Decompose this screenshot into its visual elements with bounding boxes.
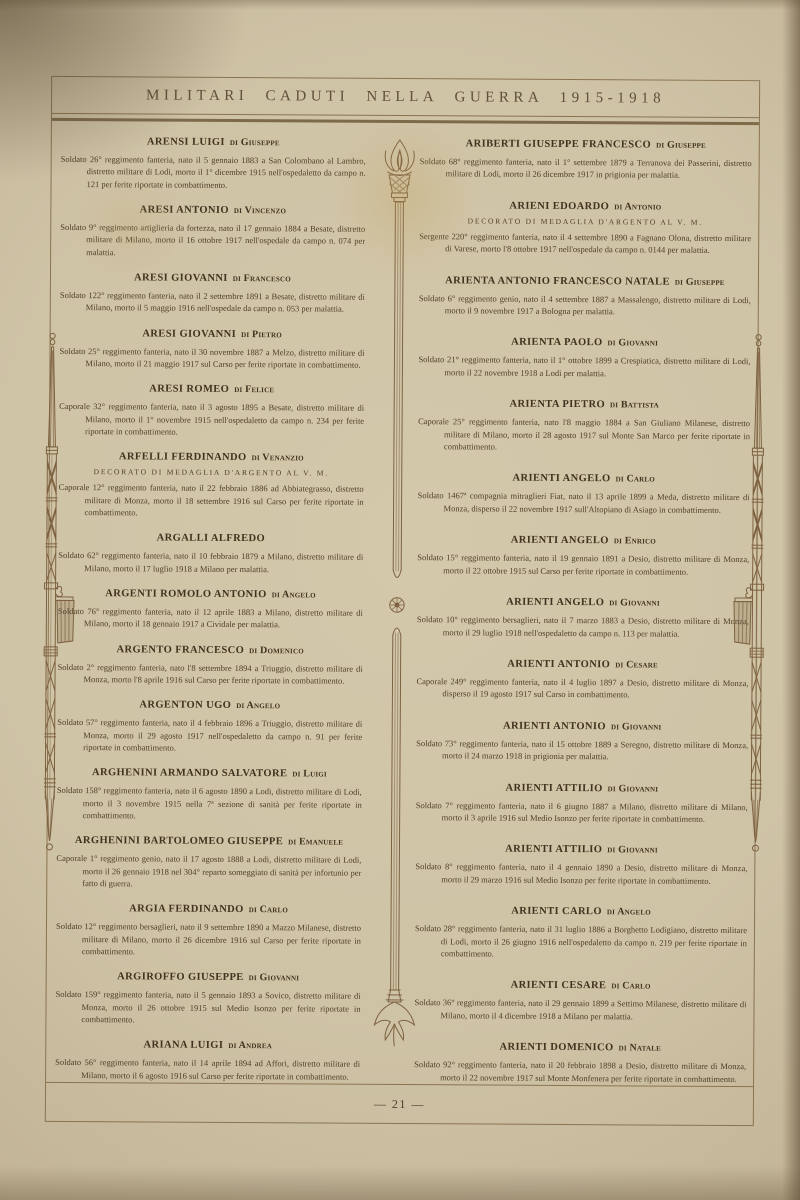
page-number: — 21 —: [374, 1096, 425, 1111]
soldier-name: ARIENTI CARLO: [511, 906, 602, 918]
soldier-patronymic: di Natale: [619, 1043, 661, 1054]
soldier-name: ARGENTO FRANCESCO: [116, 644, 244, 656]
soldier-name: ARIANA LUIGI: [144, 1040, 224, 1051]
soldier-heading: ARIENI EDOARDOdi Antonio: [419, 199, 751, 214]
soldier-heading: ARENSI LUIGIdi Giuseppe: [61, 135, 366, 150]
page-title: MILITARI CADUTI NELLA GUERRA 1915-1918: [146, 87, 665, 107]
soldier-entry: ARIENTI ATTILIOdi GiovanniSoldato 7° reg…: [416, 781, 748, 826]
soldier-heading: ARGENTON UGOdi Angelo: [57, 698, 362, 713]
soldier-entry: ARESI GIOVANNIdi PietroSoldato 25° reggi…: [59, 327, 364, 372]
soldier-name: ARIENTI ANTONIO: [507, 659, 610, 671]
lance-pennant-right: [729, 332, 782, 862]
soldier-heading: ARGIA FERDINANDOdi Carlo: [56, 902, 361, 917]
soldier-entry: ARIENTI ANTONIOdi GiovanniSoldato 73° re…: [416, 719, 748, 764]
soldier-patronymic: di Domenico: [249, 645, 304, 656]
soldier-patronymic: di Giovanni: [611, 721, 662, 732]
soldier-record-text: Soldato 26° reggimento fanteria, nato il…: [60, 153, 365, 192]
page-sheet: MILITARI CADUTI NELLA GUERRA 1915-1918 A…: [0, 0, 800, 1200]
soldier-record-text: Caporale 25° reggimento fanteria, nato l…: [418, 415, 750, 454]
soldier-record-text: Soldato 9° reggimento artiglieria da for…: [60, 221, 365, 260]
soldier-patronymic: di Carlo: [611, 981, 650, 992]
soldier-record-text: Soldato 122° reggimento fanteria, nato i…: [60, 289, 365, 316]
soldier-patronymic: di Angelo: [272, 589, 316, 600]
soldier-record-text: Soldato 62° reggimento fanteria, nato il…: [58, 549, 363, 576]
soldier-record-text: Soldato 159° reggimento fanteria, nato i…: [55, 988, 360, 1027]
soldier-record-text: Soldato 158° reggimento fanteria, nato i…: [57, 784, 362, 823]
soldier-name: ARIENTI ANGELO: [506, 597, 604, 609]
soldier-patronymic: di Felice: [234, 384, 274, 395]
soldier-entry: ARIENI EDOARDOdi AntonioDECORATO DI MEDA…: [419, 199, 751, 257]
column-left: ARENSI LUIGIdi GiuseppeSoldato 26° reggi…: [55, 123, 366, 1083]
soldier-patronymic: di Vincenzo: [234, 205, 286, 216]
soldier-name: ARIENTA PIETRO: [509, 399, 605, 411]
soldier-record-text: Soldato 12° reggimento bersaglieri, nato…: [56, 920, 361, 959]
scanned-book-page: { "header": { "title": "MILITARI CADUTI …: [0, 0, 800, 1200]
soldier-name: ARGIA FERDINANDO: [129, 904, 244, 916]
soldier-record-text: Soldato 6° reggimento genio, nato il 4 s…: [419, 292, 751, 319]
soldier-patronymic: di Carlo: [249, 904, 288, 915]
decoration-note: DECORATO DI MEDAGLIA D'ARGENTO AL V. M.: [59, 467, 364, 478]
soldier-patronymic: di Pietro: [241, 329, 282, 340]
soldier-entry: ARGALLI ALFREDOSoldato 62° reggimento fa…: [58, 531, 363, 576]
soldier-name: ARIENTI DOMENICO: [500, 1042, 614, 1054]
soldier-record-text: Soldato 28° reggimento fanteria, nato il…: [415, 922, 747, 961]
soldier-entry: ARIENTI ATTILIOdi GiovanniSoldato 8° reg…: [415, 842, 747, 887]
soldier-patronymic: di Cesare: [615, 659, 658, 670]
soldier-record-text: Soldato 57° reggimento fanteria, nato il…: [57, 716, 362, 755]
soldier-entry: ARESI ROMEOdi FeliceCaporale 32° reggime…: [59, 382, 364, 439]
soldier-patronymic: di Giovanni: [609, 597, 660, 608]
soldier-record-text: Soldato 76° reggimento fanteria, nato il…: [58, 605, 363, 632]
soldier-heading: ARIENTI ANTONIOdi Cesare: [417, 657, 749, 672]
soldier-record-text: Soldato 36° reggimento fanteria, nato il…: [414, 996, 746, 1023]
soldier-entry: ARIENTI DOMENICOdi NataleSoldato 92° reg…: [414, 1040, 746, 1085]
soldier-heading: ARESI GIOVANNIdi Pietro: [60, 327, 365, 342]
soldier-name: ARGENTON UGO: [139, 700, 231, 712]
soldier-patronymic: di Carlo: [616, 474, 655, 485]
column-right: ARIBERTI GIUSEPPE FRANCESCOdi GiuseppeSo…: [414, 125, 752, 1085]
lance-pennant-icon: [729, 332, 782, 862]
soldier-heading: ARIENTI ATTILIOdi Giovanni: [416, 781, 748, 796]
soldier-heading: ARIENTI ANGELOdi Giovanni: [417, 595, 749, 610]
soldier-patronymic: di Francesco: [233, 273, 291, 284]
lance-pennant-icon: [25, 331, 78, 861]
soldier-name: ARGHENINI ARMANDO SALVATORE: [92, 767, 287, 779]
soldier-record-text: Caporale 12° reggimento fanteria, nato i…: [58, 481, 363, 520]
soldier-patronymic: di Giuseppe: [675, 276, 725, 287]
soldier-name: ARIBERTI GIUSEPPE FRANCESCO: [466, 138, 652, 150]
soldier-patronymic: di Battista: [610, 400, 659, 411]
soldier-name: ARIENTI ANGELO: [512, 473, 610, 485]
soldier-heading: ARIENTI ANGELOdi Enrico: [417, 533, 749, 548]
soldier-entry: ARGENTON UGOdi AngeloSoldato 57° reggime…: [57, 698, 362, 755]
soldier-name: ARESI GIOVANNI: [134, 272, 228, 284]
soldier-entry: ARIENTI CARLOdi AngeloSoldato 28° reggim…: [415, 904, 747, 961]
soldier-entry: ARIENTI ANGELOdi CarloSoldato 1467ª comp…: [418, 472, 750, 517]
soldier-heading: ARIENTI ANTONIOdi Giovanni: [416, 719, 748, 734]
soldier-heading: ARIENTA PIETROdi Battista: [418, 397, 750, 412]
soldier-record-text: Soldato 92° reggimento fanteria, nato il…: [414, 1058, 746, 1085]
soldier-entry: ARGIROFFO GIUSEPPEdi GiovanniSoldato 159…: [55, 970, 360, 1027]
soldier-patronymic: di Antonio: [614, 201, 661, 212]
soldier-patronymic: di Enrico: [614, 536, 656, 547]
soldier-heading: ARIENTI CESAREdi Carlo: [415, 978, 747, 993]
soldier-entry: ARFELLI FERDINANDOdi VenanzioDECORATO DI…: [58, 450, 363, 520]
soldier-entry: ARIENTA PAOLOdi GiovanniSoldato 21° regg…: [418, 336, 750, 381]
soldier-heading: ARESI ANTONIOdi Vincenzo: [60, 203, 365, 218]
soldier-patronymic: di Giuseppe: [656, 140, 706, 151]
soldier-patronymic: di Andrea: [228, 1040, 272, 1051]
soldier-name: ARIENTA ANTONIO FRANCESCO NATALE: [445, 275, 670, 287]
soldier-name: ARENSI LUIGI: [147, 136, 225, 147]
soldier-record-text: Soldato 21° reggimento fanteria, nato il…: [418, 354, 750, 381]
soldier-entry: ARIENTI ANTONIOdi CesareCaporale 249° re…: [416, 657, 748, 702]
soldier-heading: ARIENTA ANTONIO FRANCESCO NATALEdi Giuse…: [419, 274, 751, 289]
soldier-patronymic: di Giovanni: [608, 783, 659, 794]
soldier-record-text: Caporale 249° reggimento fanteria, nato …: [416, 675, 748, 702]
soldier-entry: ARGHENINI BARTOLOMEO GIUSEPPEdi Emanuele…: [56, 834, 361, 891]
soldier-name: ARIENTA PAOLO: [511, 337, 603, 349]
torch-column-icon: [371, 138, 423, 1053]
soldier-name: ARFELLI FERDINANDO: [119, 452, 247, 464]
soldier-record-text: Soldato 10° reggimento bersaglieri, nato…: [417, 613, 749, 640]
soldier-name: ARGALLI ALFREDO: [157, 533, 265, 545]
soldier-entry: ARESI ANTONIOdi VincenzoSoldato 9° reggi…: [60, 203, 365, 260]
soldier-entry: ARIENTA ANTONIO FRANCESCO NATALEdi Giuse…: [419, 274, 751, 319]
soldier-entry: ARGENTI ROMOLO ANTONIOdi AngeloSoldato 7…: [58, 587, 363, 632]
soldier-name: ARIENTI CESARE: [511, 980, 607, 992]
soldier-heading: ARIENTI DOMENICOdi Natale: [414, 1040, 746, 1055]
soldier-name: ARIENTI ANTONIO: [503, 720, 606, 732]
soldier-heading: ARIENTI CARLOdi Angelo: [415, 904, 747, 919]
lance-pennant-left: [25, 331, 78, 861]
soldier-entry: ARGHENINI ARMANDO SALVATOREdi LuigiSolda…: [57, 766, 362, 823]
soldier-patronymic: di Luigi: [292, 768, 327, 779]
soldier-entry: ARIENTI ANGELOdi EnricoSoldato 15° reggi…: [417, 533, 749, 578]
soldier-heading: ARESI ROMEOdi Felice: [59, 382, 364, 397]
soldier-record-text: Caporale 1° reggimento genio, nato il 17…: [56, 852, 361, 891]
soldier-heading: ARGHENINI ARMANDO SALVATOREdi Luigi: [57, 766, 362, 781]
soldier-record-text: Soldato 56° reggimento fanteria, nato il…: [55, 1056, 360, 1083]
soldier-entry: ARIENTA PIETROdi BattistaCaporale 25° re…: [418, 397, 750, 454]
soldier-patronymic: di Venanzio: [252, 452, 304, 463]
soldier-name: ARESI GIOVANNI: [142, 328, 236, 340]
soldier-heading: ARIENTI ATTILIOdi Giovanni: [415, 842, 747, 857]
soldier-name: ARESI ROMEO: [149, 384, 229, 395]
soldier-heading: ARESI GIOVANNIdi Francesco: [60, 271, 365, 286]
soldier-name: ARGHENINI BARTOLOMEO GIUSEPPE: [75, 835, 283, 847]
soldier-name: ARIENI EDOARDO: [509, 200, 609, 212]
soldier-record-text: Soldato 2° reggimento fanteria, nato l'8…: [57, 660, 362, 687]
soldier-name: ARIENTI ATTILIO: [505, 844, 602, 856]
title-band: MILITARI CADUTI NELLA GUERRA 1915-1918: [52, 77, 759, 118]
decoration-note: DECORATO DI MEDAGLIA D'ARGENTO AL V. M.: [419, 216, 751, 227]
soldier-name: ARIENTI ATTILIO: [506, 782, 603, 794]
soldier-entry: ARIBERTI GIUSEPPE FRANCESCOdi GiuseppeSo…: [420, 137, 752, 182]
soldier-entry: ARIANA LUIGIdi AndreaSoldato 56° reggime…: [55, 1038, 360, 1083]
soldier-record-text: Soldato 1467ª compagnia mitraglieri Fiat…: [418, 490, 750, 517]
soldier-entry: ARENSI LUIGIdi GiuseppeSoldato 26° reggi…: [60, 135, 365, 192]
torch-column-ornament: [371, 138, 423, 1053]
soldier-record-text: Caporale 32° reggimento fanteria, nato i…: [59, 400, 364, 439]
soldier-entry: ARESI GIOVANNIdi FrancescoSoldato 122° r…: [60, 271, 365, 316]
soldier-patronymic: di Giovanni: [607, 845, 658, 856]
soldier-patronymic: di Emanuele: [288, 836, 343, 847]
soldier-record-text: Soldato 25° reggimento fanteria, nato il…: [59, 345, 364, 372]
soldier-heading: ARFELLI FERDINANDOdi Venanzio: [59, 450, 364, 465]
soldier-record-text: Soldato 15° reggimento fanteria, nato il…: [417, 551, 749, 578]
soldier-entry: ARGIA FERDINANDOdi CarloSoldato 12° regg…: [56, 902, 361, 959]
soldier-record-text: Soldato 8° reggimento fanteria, nato il …: [415, 860, 747, 887]
soldier-heading: ARGALLI ALFREDO: [58, 531, 363, 546]
soldier-heading: ARGIROFFO GIUSEPPEdi Giovanni: [56, 970, 361, 985]
soldier-patronymic: di Giovanni: [249, 972, 300, 983]
soldier-heading: ARGENTO FRANCESCOdi Domenico: [58, 642, 363, 657]
soldier-entry: ARIENTI CESAREdi CarloSoldato 36° reggim…: [414, 978, 746, 1023]
soldier-heading: ARIENTA PAOLOdi Giovanni: [419, 336, 751, 351]
soldier-heading: ARGENTI ROMOLO ANTONIOdi Angelo: [58, 587, 363, 602]
soldier-heading: ARIANA LUIGIdi Andrea: [55, 1038, 360, 1053]
soldier-patronymic: di Giovanni: [608, 338, 659, 349]
soldier-record-text: Soldato 73° reggimento fanteria, nato il…: [416, 737, 748, 764]
soldier-patronymic: di Giuseppe: [230, 137, 280, 148]
soldier-name: ARGENTI ROMOLO ANTONIO: [105, 588, 267, 600]
soldier-patronymic: di Angelo: [236, 700, 280, 711]
footer-band: — 21 —: [46, 1082, 753, 1125]
soldier-heading: ARGHENINI BARTOLOMEO GIUSEPPEdi Emanuele: [56, 834, 361, 849]
soldier-record-text: Soldato 68° reggimento fanteria, nato il…: [420, 155, 752, 182]
soldier-entry: ARGENTO FRANCESCOdi DomenicoSoldato 2° r…: [57, 642, 362, 687]
soldier-name: ARIENTI ANGELO: [511, 535, 609, 547]
soldier-patronymic: di Angelo: [607, 906, 651, 917]
soldier-name: ARESI ANTONIO: [140, 204, 229, 216]
soldier-record-text: Sergente 220° reggimento fanteria, nato …: [419, 230, 751, 257]
soldier-record-text: Soldato 7° reggimento fanteria, nato il …: [416, 799, 748, 826]
soldier-entry: ARIENTI ANGELOdi GiovanniSoldato 10° reg…: [417, 595, 749, 640]
soldier-name: ARGIROFFO GIUSEPPE: [117, 971, 244, 983]
soldier-heading: ARIENTI ANGELOdi Carlo: [418, 472, 750, 487]
soldier-heading: ARIBERTI GIUSEPPE FRANCESCOdi Giuseppe: [420, 137, 752, 152]
